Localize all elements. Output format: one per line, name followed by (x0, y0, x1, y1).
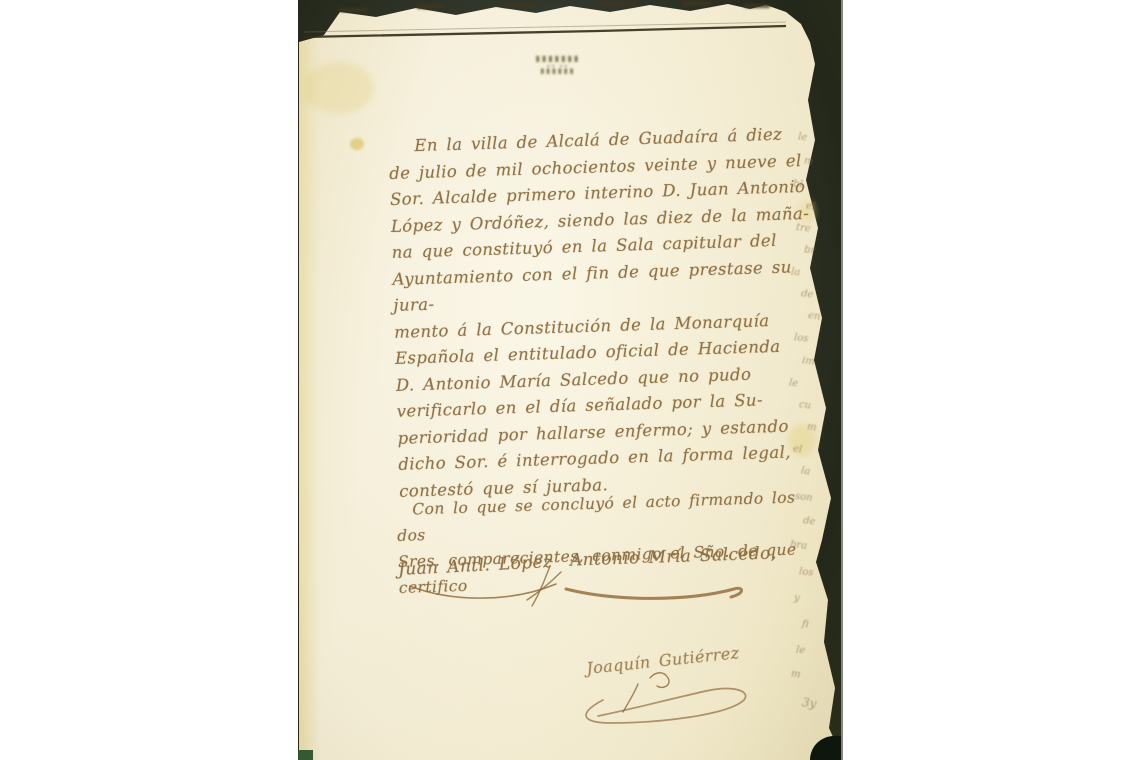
scan-canvas: ▮▮▮▮▮▮▮ ▪▪ ▪▪ ▮▮▮▮▮▮ En la villa de Alca… (0, 0, 1140, 760)
margin-fragment: m (806, 421, 817, 433)
margin-fragment: le (795, 644, 805, 656)
margin-fragment: en (807, 310, 821, 322)
margin-fragment: le (797, 131, 807, 143)
margin-fragment: la (800, 465, 810, 477)
deckle-bit (682, 1, 712, 6)
margin-fragment: son (794, 491, 813, 504)
margin-fragment: le (788, 377, 798, 389)
margin-fragment: el (805, 200, 815, 212)
margin-fragment: m (803, 155, 814, 167)
faded-ink-stamp: ▮▮▮▮▮▮▮ ▪▪ ▪▪ ▮▮▮▮▮▮ (504, 55, 612, 76)
margin-fragment: bl (792, 178, 803, 190)
closing-paragraph: Con lo que se concluyó el acto firmando … (396, 484, 823, 601)
margin-fragment: tre (795, 222, 811, 235)
stain (304, 62, 374, 114)
margin-fragment: los (793, 332, 809, 345)
deckle-bit (338, 8, 368, 12)
stamp-row: ▮▮▮▮▮▮ (504, 68, 612, 76)
margin-fragment: de (802, 515, 816, 527)
document-photo: ▮▮▮▮▮▮▮ ▪▪ ▪▪ ▮▮▮▮▮▮ En la villa de Alca… (298, 0, 843, 760)
manuscript-body: En la villa de Alcalá de Guadaíra á diez… (388, 121, 823, 505)
deckle-bit (744, 4, 770, 8)
margin-fragment: m (790, 668, 801, 680)
green-tab (298, 750, 313, 760)
margin-fragment: im (801, 355, 815, 367)
margin-fragment: 3y (801, 695, 817, 711)
deckle-bit (416, 4, 444, 9)
margin-fragment: br (803, 244, 815, 256)
stain (350, 138, 364, 150)
margin-fragment: la (790, 266, 800, 278)
margin-fragment: los (798, 566, 814, 579)
deckle-bit (503, 3, 535, 7)
margin-fragment: y (793, 593, 800, 605)
margin-fragment: cu (798, 399, 811, 411)
stamp-row: ▪▪ ▪▪ (504, 64, 612, 68)
margin-fragment: el (792, 443, 802, 455)
deckle-bit (598, 2, 636, 6)
page-left-edge (298, 0, 320, 760)
margin-fragment: de (800, 288, 814, 300)
margin-fragment: fi (801, 619, 809, 631)
margin-fragment: bra (789, 539, 807, 552)
